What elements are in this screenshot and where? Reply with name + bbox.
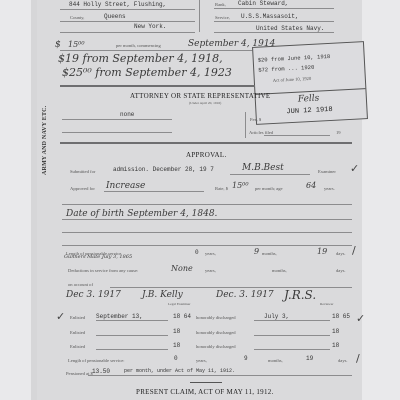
- pensionable-months: 9: [244, 355, 248, 362]
- length-note: Gunners Mate July 3, 1865: [64, 254, 132, 260]
- rank-label: Rank,: [215, 2, 226, 7]
- approval-heading: APPROVAL.: [186, 151, 227, 159]
- enlisted-year-2: 18: [173, 328, 180, 335]
- check-mark-icon: /: [352, 244, 356, 257]
- divider: [199, 0, 200, 32]
- enlisted-label-3: Enlisted: [70, 344, 85, 349]
- check-mark-icon: ✓: [350, 162, 359, 175]
- approved-label: Approved for: [70, 186, 95, 191]
- enlisted-label-1: Enlisted: [70, 315, 85, 320]
- deductions-days-label: days.: [336, 268, 346, 273]
- discharge-year-3: 18: [332, 342, 339, 349]
- divider: [245, 112, 246, 138]
- deductions-months-label: months,: [272, 268, 287, 273]
- deductions-years-label: years,: [205, 268, 216, 273]
- stamp-line-2: $72 from ... 1920: [258, 64, 314, 74]
- state-value: New York.: [134, 23, 166, 30]
- sig-date-1: Dec 3. 1917: [66, 290, 121, 300]
- rule: [214, 32, 334, 33]
- rule: [62, 219, 352, 220]
- discharge-label-3: honorably discharged: [196, 344, 236, 349]
- pensioned-amount: 13.50: [92, 368, 110, 375]
- rule: [254, 335, 330, 336]
- rule: [88, 375, 352, 376]
- rate-label: Rate, $: [215, 186, 228, 191]
- sig-date-2: Dec. 3. 1917: [216, 290, 274, 300]
- side-label: ARMY AND NAVY ETC.: [42, 106, 48, 175]
- rule: [62, 232, 352, 233]
- rule: [60, 32, 195, 33]
- rule: [60, 9, 195, 10]
- rate-commencing-label: per month, commencing: [116, 43, 161, 48]
- stamp-line-3: Act of June 10, 1920: [273, 76, 312, 83]
- short-rule: [190, 382, 222, 383]
- check-mark-icon: /: [356, 352, 360, 365]
- check-mark-icon: ✓: [356, 312, 365, 325]
- sig-title-2: Reviewer: [320, 302, 333, 306]
- deductions-label: Deductions in service from any cause:: [68, 268, 138, 273]
- rule: [62, 245, 352, 246]
- length-months: 9: [254, 247, 259, 256]
- county-label: County,: [70, 15, 84, 20]
- rule: [254, 349, 330, 350]
- pensionable-months-label: months,: [268, 358, 283, 363]
- pensionable-years-label: years,: [196, 358, 207, 363]
- enlisted-year-1: 18 64: [173, 313, 191, 320]
- date-of-birth: Date of birth September 4, 1848.: [66, 209, 217, 219]
- enlisted-year-3: 18: [173, 342, 180, 349]
- sig-name-2: J.R.S.: [284, 288, 316, 302]
- rule: [62, 119, 172, 120]
- pension-stamp: $20 from June 10, 1918 $72 from ... 1920…: [252, 41, 368, 125]
- pensionable-days-label: days.: [338, 358, 348, 363]
- attorney-subheading: (Under April 20, 1916): [189, 101, 221, 105]
- attorney-name: none: [120, 111, 134, 118]
- submitted-value: admission. December 28, 19 7: [113, 166, 214, 173]
- approval-rate-value: 15⁰⁰: [232, 181, 249, 190]
- stamp-date: JUN 12 1918: [286, 106, 333, 116]
- discharge-date-1: July 3,: [264, 313, 289, 320]
- rule: [62, 132, 172, 133]
- enlisted-date-1: September 13,: [96, 313, 143, 320]
- examiner-label: Examiner: [318, 169, 336, 174]
- discharge-label-1: honorably discharged: [196, 315, 236, 320]
- rule: [96, 349, 168, 350]
- pensionable-label: Length of pensionable service:: [68, 358, 125, 363]
- section-rule: [60, 142, 352, 144]
- approved-value: Increase: [106, 181, 145, 191]
- service-value: U.S.S.Massasoit,: [241, 13, 299, 20]
- rule: [264, 135, 330, 136]
- rule: [104, 191, 204, 192]
- rule: [60, 21, 195, 22]
- rule: [214, 8, 334, 9]
- service-label: Service,: [215, 15, 230, 20]
- articles-suffix: 19: [336, 130, 341, 135]
- attorney-heading: ATTORNEY OR STATE REPRESENTATIVE: [130, 92, 271, 100]
- pensionable-days: 19: [306, 355, 313, 362]
- per-month-age-label: per month; age: [255, 186, 283, 191]
- rule: [96, 335, 168, 336]
- section-rule: [60, 85, 255, 87]
- rule: [96, 320, 168, 321]
- branch-value: United States Navy.: [256, 25, 324, 32]
- rank-value: Cabin Steward,: [238, 0, 288, 7]
- rule: [60, 50, 275, 51]
- rate-value: 15⁰⁰: [68, 40, 85, 49]
- pensioned-text: per month, under Act of May 11, 1912.: [124, 368, 235, 374]
- length-days: 19: [317, 247, 327, 256]
- pensionable-years: 0: [174, 355, 178, 362]
- years-label: years.: [324, 186, 335, 191]
- check-mark-icon: ✓: [56, 310, 65, 323]
- rule: [62, 204, 352, 205]
- enlisted-label-2: Enlisted: [70, 330, 85, 335]
- fee-label: Fee, $: [250, 117, 261, 122]
- submitted-label: Submitted for: [70, 169, 95, 174]
- discharge-label-2: honorably discharged: [196, 330, 236, 335]
- rate-line-2: $19 from September 4, 1918,: [58, 52, 223, 65]
- length-months-label: months,: [262, 251, 277, 256]
- rule: [254, 320, 330, 321]
- discharge-year-2: 18: [332, 328, 339, 335]
- footer-heading: PRESENT CLAIM, ACT OF MAY 11, 1912.: [136, 388, 274, 396]
- sig-name-1: J.B. Kelly: [142, 290, 183, 300]
- length-years-label: years,: [205, 251, 216, 256]
- rate-prefix: $: [55, 40, 61, 50]
- age-value: 64: [306, 181, 316, 190]
- stamp-signature: Fells: [298, 94, 320, 105]
- length-years: 0: [195, 249, 199, 256]
- examiner-signature: M.B.Best: [242, 163, 284, 173]
- length-days-label: days.: [336, 251, 346, 256]
- address-value: 844 Holly Street, Flushing,: [69, 1, 166, 8]
- county-value: Queens: [104, 13, 126, 20]
- stamp-line-1: $20 from June 10, 1918: [258, 53, 331, 64]
- sig-title-1: Legal Examiner: [168, 302, 190, 306]
- rule: [230, 174, 310, 175]
- discharge-year-1: 18 65: [332, 313, 350, 320]
- deductions-value: None: [171, 264, 193, 273]
- on-account-label: on account of: [68, 282, 93, 287]
- rate-line-3: $25⁰⁰ from September 4, 1923: [62, 66, 232, 79]
- rule: [214, 21, 334, 22]
